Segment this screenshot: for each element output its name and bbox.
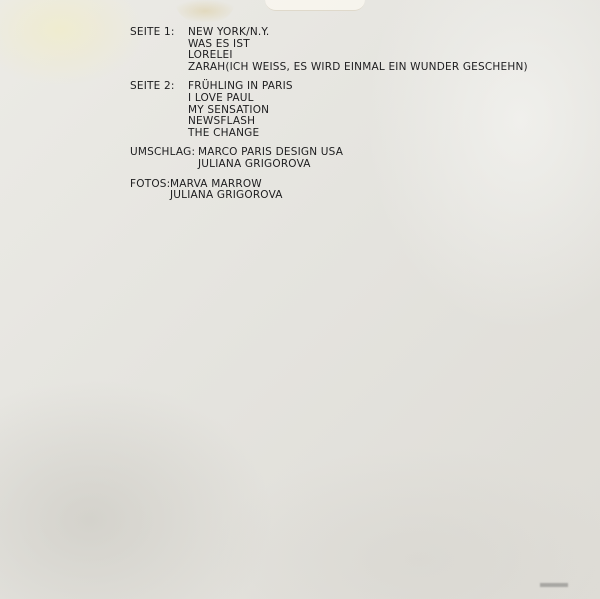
cover-label: UMSCHLAG: [130, 147, 188, 170]
catalog-number-mark [540, 583, 568, 587]
side-2-label: SEITE 2: [130, 81, 188, 139]
side-1-label: SEITE 1: [130, 27, 188, 73]
photos-label: FOTOS: [130, 179, 170, 202]
side-1-tracklist: SEITE 1: NEW YORK/N.Y. WAS ES IST LORELE… [130, 27, 528, 73]
sleeve-stain [175, 0, 235, 22]
track: NEW YORK/N.Y. [188, 27, 528, 39]
photo-credits: FOTOS: MARVA MARROW JULIANA GRIGOROVA [130, 179, 528, 202]
track: THE CHANGE [188, 128, 293, 140]
credit-name: JULIANA GRIGOROVA [198, 159, 343, 171]
record-sleeve-back: SEITE 1: NEW YORK/N.Y. WAS ES IST LORELE… [0, 0, 600, 599]
side-2-tracklist: SEITE 2: FRÜHLING IN PARIS I LOVE PAUL M… [130, 81, 528, 139]
credit-name: JULIANA GRIGOROVA [170, 190, 283, 202]
sleeve-wear-mark [265, 0, 365, 11]
cover-credits: UMSCHLAG: MARCO PARIS DESIGN USA JULIANA… [130, 147, 528, 170]
track: WAS ES IST [188, 39, 528, 51]
track: NEWSFLASH [188, 116, 293, 128]
credits-block: SEITE 1: NEW YORK/N.Y. WAS ES IST LORELE… [130, 27, 528, 210]
track: I LOVE PAUL [188, 93, 293, 105]
track: ZARAH(ICH WEISS, ES WIRD EINMAL EIN WUND… [188, 62, 528, 74]
